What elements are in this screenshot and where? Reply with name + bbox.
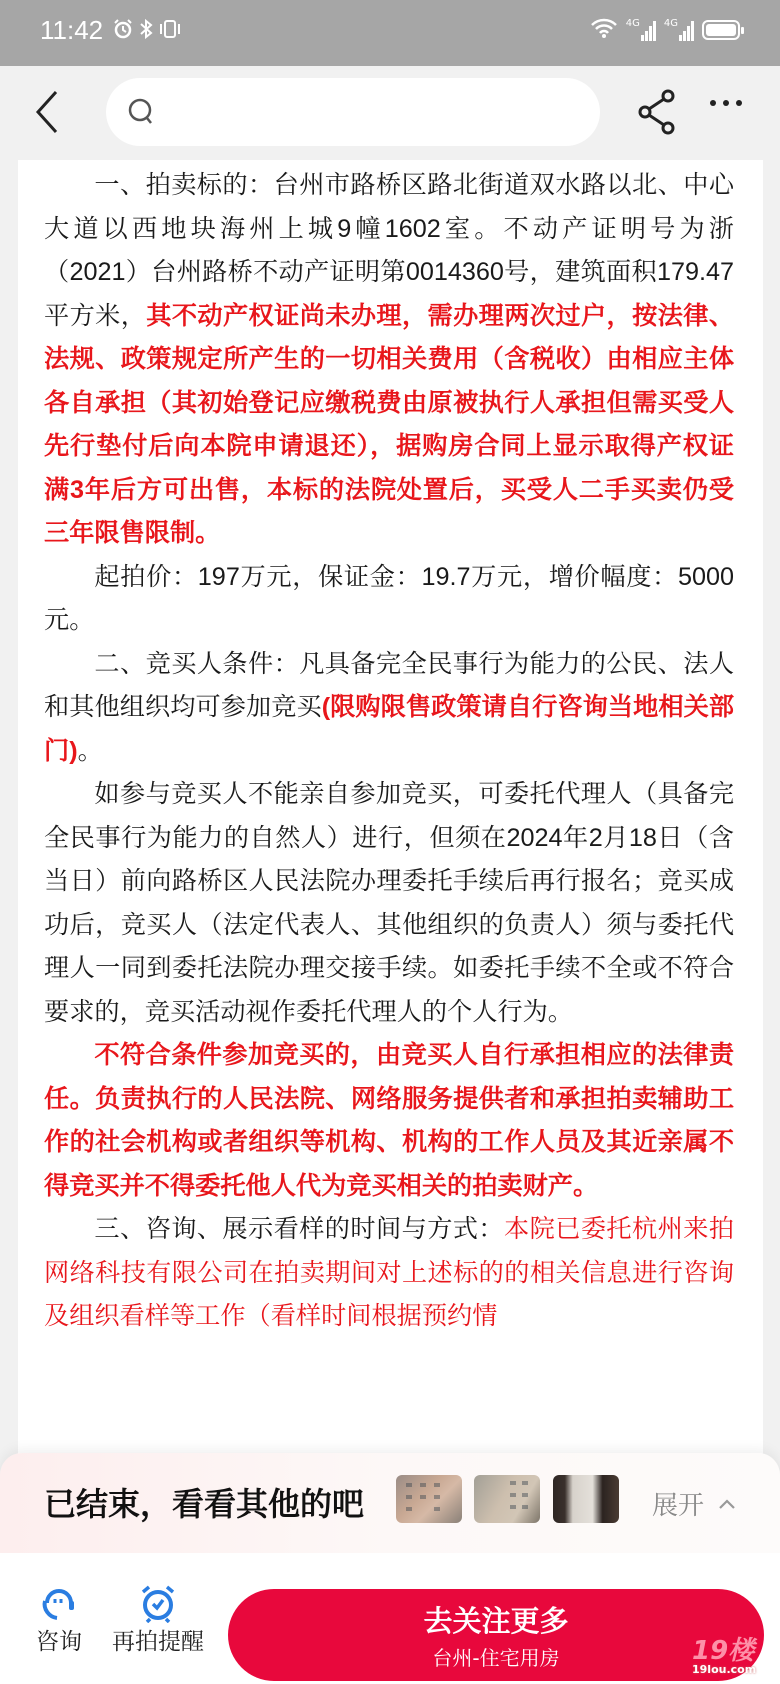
paragraph-agent: 如参与竞买人不能亲自参加竞买，可委托代理人（具备完全民事行为能力的自然人）进行，…: [44, 773, 734, 1034]
battery-icon: [702, 20, 740, 40]
alarm-icon: [112, 18, 134, 45]
wifi-icon: [590, 17, 618, 43]
status-bar: 11:42 4G 4G: [0, 0, 780, 66]
top-toolbar: [0, 66, 780, 154]
customer-service-icon: [39, 1583, 79, 1623]
search-bar[interactable]: [106, 78, 600, 146]
watermark-domain: 19lou.com: [692, 1663, 756, 1676]
bottom-action-bar: 咨询 再拍提醒 去关注更多 台州-住宅用房: [0, 1553, 780, 1684]
4g-signal-icon: 4G: [664, 19, 694, 41]
paragraph-price: 起拍价：197万元，保证金：19.7万元，增价幅度：5000元。: [44, 556, 734, 643]
paragraph-consultation: 三、咨询、展示看样的时间与方式：本院已委托杭州来拍网络科技有限公司在拍卖期间对上…: [44, 1208, 734, 1339]
chevron-up-icon: [718, 1498, 736, 1510]
watermark-logo: 19楼: [692, 1630, 756, 1667]
paragraph-liability: 不符合条件参加竞买的，由竞买人自行承担相应的法律责任。负责执行的人民法院、网络服…: [44, 1034, 734, 1208]
search-input[interactable]: [170, 88, 584, 138]
expand-button[interactable]: 展开: [652, 1485, 736, 1522]
back-button[interactable]: [30, 88, 66, 136]
consult-button[interactable]: 咨询: [36, 1583, 82, 1656]
alarm-clock-icon: [138, 1583, 178, 1623]
follow-more-button[interactable]: 去关注更多 台州-住宅用房: [228, 1589, 764, 1681]
remind-button[interactable]: 再拍提醒: [112, 1583, 204, 1656]
status-left-icons: [112, 18, 182, 45]
building-photo-2[interactable]: [474, 1475, 540, 1523]
highlight-warning: 其不动产权证尚未办理，需办理两次过户，按法律、法规、政策规定所产生的一切相关费用…: [44, 302, 734, 548]
bluetooth-icon: [138, 18, 154, 45]
paragraph-bidder-conditions: 二、竞买人条件：凡具备完全民事行为能力的公民、法人和其他组织均可参加竞买(限购限…: [44, 643, 734, 774]
status-right-icons: 4G 4G: [590, 17, 740, 43]
related-title: 已结束，看看其他的吧: [44, 1479, 364, 1525]
watermark: 19楼 19lou.com: [692, 1630, 756, 1676]
4g-signal-icon: 4G: [626, 19, 656, 41]
building-photo-1[interactable]: [396, 1475, 462, 1523]
share-button[interactable]: [636, 88, 678, 140]
search-icon: [126, 96, 158, 128]
cta-title: 去关注更多: [228, 1599, 764, 1640]
more-button[interactable]: [710, 100, 742, 106]
announcement-text: 一、拍卖标的：台州市路桥区路北街道双水路以北、中心大道以西地块海州上城9幢160…: [44, 164, 734, 1339]
cta-subtitle: 台州-住宅用房: [228, 1642, 764, 1671]
paragraph-auction-object: 一、拍卖标的：台州市路桥区路北街道双水路以北、中心大道以西地块海州上城9幢160…: [44, 164, 734, 556]
chevron-left-icon: [30, 88, 66, 136]
interior-photo[interactable]: [553, 1475, 619, 1523]
related-listings-panel[interactable]: 已结束，看看其他的吧 展开: [0, 1453, 780, 1553]
vibrate-icon: [158, 18, 182, 45]
share-icon: [636, 88, 678, 136]
status-time: 11:42: [40, 15, 103, 46]
more-horizontal-icon: [710, 100, 716, 106]
